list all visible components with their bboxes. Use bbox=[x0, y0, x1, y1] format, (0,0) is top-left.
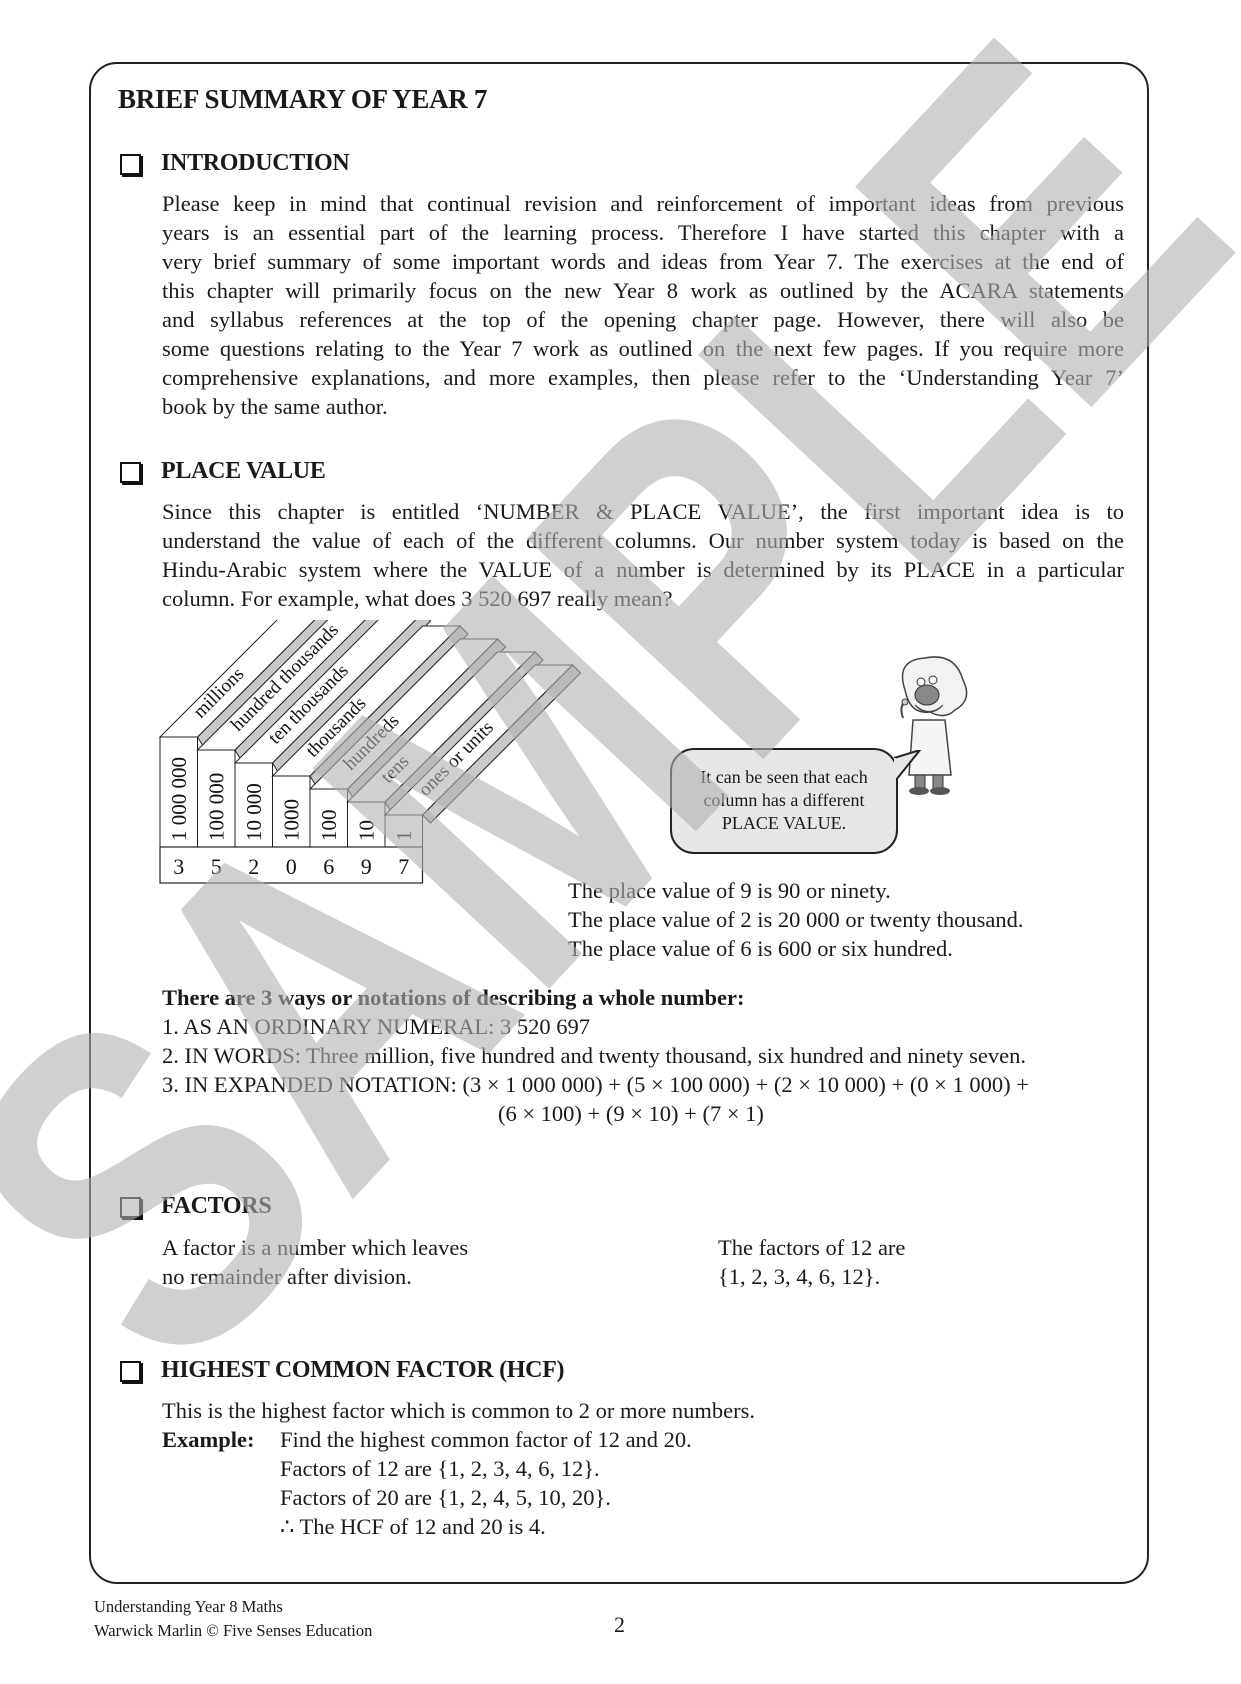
notation-item: 1. AS AN ORDINARY NUMERAL: 3 520 697 bbox=[162, 1012, 590, 1041]
place-value-diagram: millions1 000 000hundred thousands100 00… bbox=[140, 620, 600, 950]
svg-text:6: 6 bbox=[323, 854, 334, 879]
svg-text:2: 2 bbox=[248, 854, 259, 879]
section-heading-introduction: INTRODUCTION bbox=[161, 150, 349, 177]
svg-text:1 000 000: 1 000 000 bbox=[167, 757, 191, 841]
place-value-example: The place value of 2 is 20 000 or twenty… bbox=[568, 905, 1024, 934]
speech-bubble-line: column has a different bbox=[672, 789, 896, 812]
paragraph-line: very brief summary of some important wor… bbox=[162, 247, 1124, 276]
factors-definition: no remainder after division. bbox=[162, 1262, 412, 1291]
introduction-paragraph: Please keep in mind that continual revis… bbox=[162, 189, 1124, 421]
checkbox-icon bbox=[120, 1197, 141, 1218]
svg-text:100: 100 bbox=[317, 810, 341, 842]
hcf-example-line: Find the highest common factor of 12 and… bbox=[280, 1425, 692, 1454]
checkbox-icon bbox=[120, 154, 141, 175]
paragraph-line: comprehensive explanations, and more exa… bbox=[162, 363, 1124, 392]
paragraph-line: Since this chapter is entitled ‘NUMBER &… bbox=[162, 497, 1124, 526]
place-value-example: The place value of 6 is 600 or six hundr… bbox=[568, 934, 953, 963]
hcf-example-line: Factors of 12 are {1, 2, 3, 4, 6, 12}. bbox=[280, 1454, 600, 1483]
paragraph-line: some questions relating to the Year 7 wo… bbox=[162, 334, 1124, 363]
notation-item: 3. IN EXPANDED NOTATION: (3 × 1 000 000)… bbox=[162, 1070, 1029, 1099]
checkbox-icon bbox=[120, 462, 141, 483]
speech-bubble-tail-icon bbox=[894, 750, 924, 790]
svg-text:100 000: 100 000 bbox=[204, 773, 228, 841]
svg-text:3: 3 bbox=[173, 854, 184, 879]
paragraph-line: Please keep in mind that continual revis… bbox=[162, 189, 1124, 218]
notations-heading: There are 3 ways or notations of describ… bbox=[162, 983, 745, 1012]
svg-text:10 000: 10 000 bbox=[242, 783, 266, 841]
section-heading-factors: FACTORS bbox=[161, 1193, 271, 1220]
paragraph-line: this chapter will primarily focus on the… bbox=[162, 276, 1124, 305]
svg-text:9: 9 bbox=[361, 854, 372, 879]
checkbox-icon bbox=[120, 1361, 141, 1382]
page-title: BRIEF SUMMARY OF YEAR 7 bbox=[118, 84, 487, 115]
hcf-definition: This is the highest factor which is comm… bbox=[162, 1396, 755, 1425]
paragraph-line: column. For example, what does 3 520 697… bbox=[162, 584, 1124, 613]
footer-author: Warwick Marlin © Five Senses Education bbox=[94, 1620, 372, 1642]
notation-item: 2. IN WORDS: Three million, five hundred… bbox=[162, 1041, 1026, 1070]
svg-text:5: 5 bbox=[211, 854, 222, 879]
paragraph-line: years is an essential part of the learni… bbox=[162, 218, 1124, 247]
factors-example: {1, 2, 3, 4, 6, 12}. bbox=[718, 1262, 880, 1291]
hcf-example-label: Example: bbox=[162, 1425, 255, 1454]
section-heading-hcf: HIGHEST COMMON FACTOR (HCF) bbox=[161, 1357, 564, 1384]
speech-bubble: It can be seen that each column has a di… bbox=[670, 748, 898, 854]
paragraph-line: and syllabus references at the top of th… bbox=[162, 305, 1124, 334]
notation-continuation: (6 × 100) + (9 × 10) + (7 × 1) bbox=[498, 1099, 764, 1128]
place-value-paragraph: Since this chapter is entitled ‘NUMBER &… bbox=[162, 497, 1124, 613]
factors-example: The factors of 12 are bbox=[718, 1233, 905, 1262]
factors-definition: A factor is a number which leaves bbox=[162, 1233, 468, 1262]
svg-text:7: 7 bbox=[398, 854, 409, 879]
hcf-example-line: Factors of 20 are {1, 2, 4, 5, 10, 20}. bbox=[280, 1483, 611, 1512]
page-number: 2 bbox=[614, 1612, 625, 1638]
footer-book-title: Understanding Year 8 Maths bbox=[94, 1596, 283, 1618]
paragraph-line: Hindu-Arabic system where the VALUE of a… bbox=[162, 555, 1124, 584]
place-value-example: The place value of 9 is 90 or ninety. bbox=[568, 876, 891, 905]
paragraph-line: understand the value of each of the diff… bbox=[162, 526, 1124, 555]
svg-text:1000: 1000 bbox=[279, 799, 303, 841]
hcf-example-line: ∴ The HCF of 12 and 20 is 4. bbox=[280, 1512, 546, 1541]
svg-text:0: 0 bbox=[286, 854, 297, 879]
speech-bubble-line: It can be seen that each bbox=[672, 766, 896, 789]
paragraph-line: book by the same author. bbox=[162, 392, 1124, 421]
svg-text:10: 10 bbox=[354, 820, 378, 841]
section-heading-place-value: PLACE VALUE bbox=[161, 458, 326, 485]
speech-bubble-line: PLACE VALUE. bbox=[672, 812, 896, 835]
svg-text:1: 1 bbox=[392, 831, 416, 842]
